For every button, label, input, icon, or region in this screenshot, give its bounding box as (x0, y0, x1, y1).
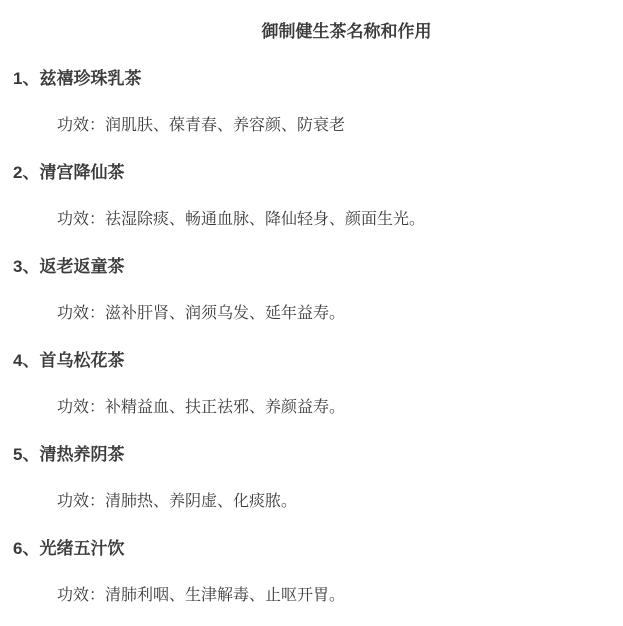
page-title: 御制健生茶名称和作用 (13, 22, 623, 42)
tea-item-effect: 功效：润肌肤、葆青春、养容颜、防衰老 (13, 116, 623, 136)
tea-item: 4、首乌松花茶 功效：补精益血、扶正祛邪、养颜益寿。 (13, 351, 623, 418)
tea-item: 3、返老返童茶 功效：滋补肝肾、润须乌发、延年益寿。 (13, 257, 623, 324)
document-body: 御制健生茶名称和作用 1、兹禧珍珠乳茶 功效：润肌肤、葆青春、养容颜、防衰老 2… (13, 0, 623, 606)
tea-item: 5、清热养阴茶 功效：清肺热、养阴虚、化痰脓。 (13, 445, 623, 512)
tea-item-name: 1、兹禧珍珠乳茶 (13, 69, 623, 89)
tea-item-effect: 功效：补精益血、扶正祛邪、养颜益寿。 (13, 398, 623, 418)
tea-item-effect: 功效：祛湿除痰、畅通血脉、降仙轻身、颜面生光。 (13, 210, 623, 230)
tea-item-name: 6、光绪五汁饮 (13, 539, 623, 559)
tea-item-name: 2、清宫降仙茶 (13, 163, 623, 183)
tea-item: 6、光绪五汁饮 功效：清肺利咽、生津解毒、止呕开胃。 (13, 539, 623, 606)
tea-item-name: 4、首乌松花茶 (13, 351, 623, 371)
tea-item-name: 5、清热养阴茶 (13, 445, 623, 465)
tea-item-name: 3、返老返童茶 (13, 257, 623, 277)
tea-item-effect: 功效：清肺利咽、生津解毒、止呕开胃。 (13, 586, 623, 606)
tea-item: 1、兹禧珍珠乳茶 功效：润肌肤、葆青春、养容颜、防衰老 (13, 69, 623, 136)
tea-item-effect: 功效：滋补肝肾、润须乌发、延年益寿。 (13, 304, 623, 324)
tea-item-effect: 功效：清肺热、养阴虚、化痰脓。 (13, 492, 623, 512)
tea-item: 2、清宫降仙茶 功效：祛湿除痰、畅通血脉、降仙轻身、颜面生光。 (13, 163, 623, 230)
